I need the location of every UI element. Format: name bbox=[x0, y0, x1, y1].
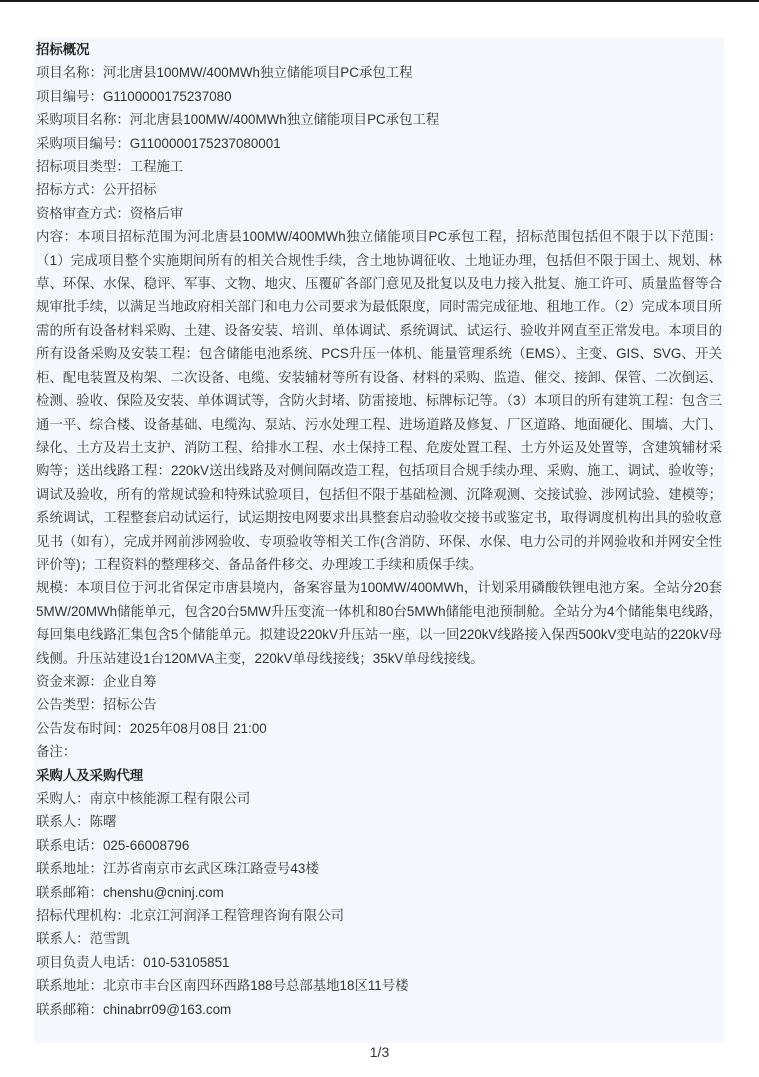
field-label: 公告类型： bbox=[36, 697, 103, 712]
field-publish-time: 公告发布时间：2025年08月08日 21:00 bbox=[36, 717, 722, 740]
field-purchaser-contact: 联系人：陈曙 bbox=[36, 810, 722, 833]
field-purchaser: 采购人：南京中核能源工程有限公司 bbox=[36, 787, 722, 810]
page-indicator: 1/3 bbox=[0, 1043, 759, 1061]
field-label: 招标代理机构： bbox=[36, 908, 130, 923]
field-value: 本项目位于河北省保定市唐县境内，备案容量为100MW/400MWh，计划采用磷酸… bbox=[36, 580, 722, 665]
field-label: 规模： bbox=[36, 580, 77, 595]
field-agency-address: 联系地址：北京市丰台区南四环西路188号总部基地18区11号楼 bbox=[36, 974, 722, 997]
field-value: 河北唐县100MW/400MWh独立储能项目PC承包工程 bbox=[130, 112, 440, 127]
field-label: 招标方式： bbox=[36, 182, 103, 197]
field-label: 项目名称： bbox=[36, 65, 103, 80]
field-label: 联系邮箱： bbox=[36, 1002, 103, 1017]
field-label: 资格审查方式： bbox=[36, 206, 130, 221]
field-tender-method: 招标方式：公开招标 bbox=[36, 178, 722, 201]
field-purchaser-phone: 联系电话：025-66008796 bbox=[36, 834, 722, 857]
field-value: 河北唐县100MW/400MWh独立储能项目PC承包工程 bbox=[103, 65, 413, 80]
field-label: 项目编号： bbox=[36, 89, 103, 104]
field-label: 采购项目名称： bbox=[36, 112, 130, 127]
field-content: 内容：本项目招标范围为河北唐县100MW/400MWh独立储能项目PC承包工程，… bbox=[36, 225, 722, 576]
field-notice-type: 公告类型：招标公告 bbox=[36, 693, 722, 716]
field-agency-phone: 项目负责人电话：010-53105851 bbox=[36, 951, 722, 974]
field-label: 采购人： bbox=[36, 791, 90, 806]
field-value: G1100000175237080 bbox=[103, 89, 232, 104]
field-funding-source: 资金来源：企业自筹 bbox=[36, 670, 722, 693]
section-title-overview: 招标概况 bbox=[36, 38, 722, 61]
field-value: 资格后审 bbox=[130, 206, 184, 221]
field-scale: 规模：本项目位于河北省保定市唐县境内，备案容量为100MW/400MWh，计划采… bbox=[36, 576, 722, 670]
field-label: 联系电话： bbox=[36, 838, 103, 853]
field-label: 联系人： bbox=[36, 814, 90, 829]
field-value: 010-53105851 bbox=[143, 955, 229, 970]
field-agency-email: 联系邮箱：chinabrr09@163.com bbox=[36, 998, 722, 1021]
top-rule bbox=[0, 0, 759, 2]
field-project-number: 项目编号：G1100000175237080 bbox=[36, 85, 722, 108]
tender-notice-content: 招标概况 项目名称：河北唐县100MW/400MWh独立储能项目PC承包工程 项… bbox=[34, 38, 724, 1043]
field-qualification-review: 资格审查方式：资格后审 bbox=[36, 202, 722, 225]
field-label: 招标项目类型： bbox=[36, 159, 130, 174]
field-value: 北京江河润泽工程管理咨询有限公司 bbox=[130, 908, 344, 923]
field-value: 企业自筹 bbox=[103, 674, 157, 689]
field-purchaser-address: 联系地址：江苏省南京市玄武区珠江路壹号43楼 bbox=[36, 857, 722, 880]
field-purchaser-email: 联系邮箱：chenshu@cninj.com bbox=[36, 881, 722, 904]
field-value: 招标公告 bbox=[103, 697, 157, 712]
field-label: 资金来源： bbox=[36, 674, 103, 689]
field-project-name: 项目名称：河北唐县100MW/400MWh独立储能项目PC承包工程 bbox=[36, 61, 722, 84]
section-title-purchaser: 采购人及采购代理 bbox=[36, 764, 722, 787]
field-label: 联系邮箱： bbox=[36, 885, 103, 900]
field-value: 范雪凯 bbox=[90, 931, 130, 946]
field-remarks: 备注： bbox=[36, 740, 722, 763]
field-agency-contact: 联系人：范雪凯 bbox=[36, 927, 722, 950]
field-value: 2025年08月08日 21:00 bbox=[130, 721, 267, 736]
field-value: 南京中核能源工程有限公司 bbox=[90, 791, 251, 806]
field-tender-project-type: 招标项目类型：工程施工 bbox=[36, 155, 722, 178]
field-value: 025-66008796 bbox=[103, 838, 189, 853]
field-value[interactable]: chinabrr09@163.com bbox=[103, 1002, 231, 1017]
field-value: 江苏省南京市玄武区珠江路壹号43楼 bbox=[103, 861, 319, 876]
field-label: 内容： bbox=[36, 229, 77, 244]
field-value: G1100000175237080001 bbox=[130, 136, 281, 151]
field-label: 项目负责人电话： bbox=[36, 955, 143, 970]
field-label: 联系地址： bbox=[36, 861, 103, 876]
field-value: 陈曙 bbox=[90, 814, 117, 829]
field-value[interactable]: chenshu@cninj.com bbox=[103, 885, 224, 900]
field-value: 本项目招标范围为河北唐县100MW/400MWh独立储能项目PC承包工程，招标范… bbox=[36, 229, 722, 572]
field-value: 北京市丰台区南四环西路188号总部基地18区11号楼 bbox=[103, 978, 409, 993]
field-value: 工程施工 bbox=[130, 159, 184, 174]
field-agency: 招标代理机构：北京江河润泽工程管理咨询有限公司 bbox=[36, 904, 722, 927]
field-value: 公开招标 bbox=[103, 182, 157, 197]
field-label: 联系地址： bbox=[36, 978, 103, 993]
field-procurement-project-name: 采购项目名称：河北唐县100MW/400MWh独立储能项目PC承包工程 bbox=[36, 108, 722, 131]
field-label: 采购项目编号： bbox=[36, 136, 130, 151]
field-label: 联系人： bbox=[36, 931, 90, 946]
field-label: 备注： bbox=[36, 744, 76, 759]
field-label: 公告发布时间： bbox=[36, 721, 130, 736]
field-procurement-project-number: 采购项目编号：G1100000175237080001 bbox=[36, 132, 722, 155]
